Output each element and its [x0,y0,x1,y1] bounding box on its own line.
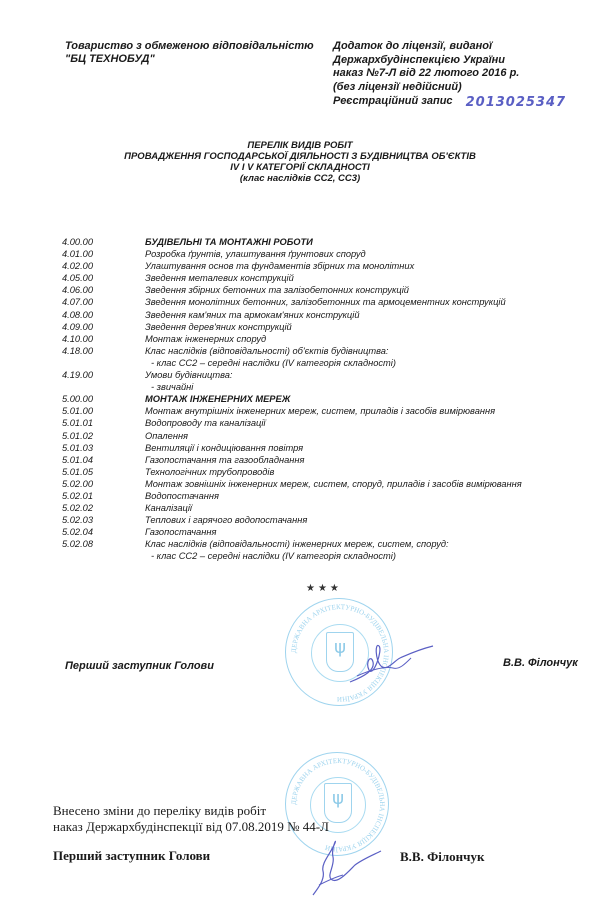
work-code: 4.06.00 [62,284,145,296]
license-line-1: Додаток до ліцензії, виданої [333,40,566,54]
license-line-4: (без ліцензії недійсний) [333,81,566,95]
work-item-row: 5.01.01Водопроводу та каналізації [62,417,582,429]
work-code [62,550,145,562]
work-item-row: 4.18.00Клас наслідків (відповідальності)… [62,345,582,357]
work-code [62,381,145,393]
work-item-row: 4.08.00Зведення кам'яних та армокам'яних… [62,309,582,321]
work-description: Зведення металевих конструкцій [145,272,582,284]
work-code: 5.01.04 [62,454,145,466]
work-description: Розробка ґрунтів, улаштування ґрунтових … [145,248,582,260]
title-line-2: ПРОВАДЖЕННЯ ГОСПОДАРСЬКОЇ ДІЯЛЬНОСТІ З Б… [0,151,600,162]
work-item-row: 4.06.00Зведення збірних бетонних та залі… [62,284,582,296]
work-description: - клас СС2 – середні наслідки (IV катего… [145,357,582,369]
signatory-position-1: Перший заступник Голови [65,660,214,672]
work-code: 4.08.00 [62,309,145,321]
license-info: Додаток до ліцензії, виданої Держархбуді… [333,40,566,109]
work-description: Газопостачання [145,526,582,538]
license-line-3: наказ №7-Л від 22 лютого 2016 р. [333,67,566,81]
stars-decoration: ★★★ [306,583,342,594]
title-line-4: (клас наслідків СС2, СС3) [0,173,600,184]
work-code: 5.01.01 [62,417,145,429]
handwritten-signature-1 [345,640,435,690]
work-item-row: 5.01.02Опалення [62,430,582,442]
work-item-row: - клас СС2 – середні наслідки (IV катего… [62,550,582,562]
work-item-row: 4.09.00Зведення дерев'яних конструкцій [62,321,582,333]
title-line-1: ПЕРЕЛІК ВИДІВ РОБІТ [0,140,600,151]
work-code: 5.02.00 [62,478,145,490]
registration-number-handwritten: 2013025347 [466,95,566,110]
work-description: - звичайні [145,381,582,393]
work-code: 5.02.08 [62,538,145,550]
handwritten-signature-2 [305,835,385,900]
company-name: Товариство з обмеженою відповідальністю … [65,40,314,66]
work-item-row: 4.01.00Розробка ґрунтів, улаштування ґру… [62,248,582,260]
work-item-row: 5.01.03Вентиляції і кондиціювання повітр… [62,442,582,454]
company-line-1: Товариство з обмеженою відповідальністю [65,40,314,53]
work-item-row: 4.07.00Зведення монолітних бетонних, зал… [62,296,582,308]
work-item-row: 4.05.00Зведення металевих конструкцій [62,272,582,284]
work-item-row: 5.01.00Монтаж внутрішніх інженерних мере… [62,405,582,417]
work-item-row: 5.02.00Монтаж зовнішніх інженерних мереж… [62,478,582,490]
work-description: Водопостачання [145,490,582,502]
license-line-2: Держархбудінспекцією України [333,54,566,68]
registration-row: Реєстраційний запис 2013025347 [333,94,566,109]
work-code: 5.01.00 [62,405,145,417]
work-code: 4.07.00 [62,296,145,308]
company-line-2: "БЦ ТЕХНОБУД" [65,53,314,66]
work-item-row: 5.02.02Каналізації [62,502,582,514]
work-item-row: - звичайні [62,381,582,393]
work-description: Технологічних трубопроводів [145,466,582,478]
work-description: Опалення [145,430,582,442]
work-description: Зведення монолітних бетонних, залізобето… [145,296,582,308]
work-code: 5.01.03 [62,442,145,454]
work-item-row: 5.01.05Технологічних трубопроводів [62,466,582,478]
work-description: Газопостачання та газообладнання [145,454,582,466]
work-code: 4.19.00 [62,369,145,381]
work-code: 4.05.00 [62,272,145,284]
work-code: 5.02.04 [62,526,145,538]
work-item-row: 5.02.08Клас наслідків (відповідальності)… [62,538,582,550]
work-code: 5.01.05 [62,466,145,478]
work-description: Каналізації [145,502,582,514]
work-description: - клас СС2 – середні наслідки (IV катего… [145,550,582,562]
work-item-row: - клас СС2 – середні наслідки (IV катего… [62,357,582,369]
work-code: 4.02.00 [62,260,145,272]
work-description: Вентиляції і кондиціювання повітря [145,442,582,454]
works-list: 4.00.00БУДІВЕЛЬНІ ТА МОНТАЖНІ РОБОТИ4.01… [62,236,582,563]
work-item-row: 5.00.00МОНТАЖ ІНЖЕНЕРНИХ МЕРЕЖ [62,393,582,405]
work-description: Монтаж внутрішніх інженерних мереж, сист… [145,405,582,417]
amendment-line-1: Внесено зміни до переліку видів робіт [53,803,329,819]
work-description: Зведення дерев'яних конструкцій [145,321,582,333]
document-title: ПЕРЕЛІК ВИДІВ РОБІТ ПРОВАДЖЕННЯ ГОСПОДАР… [0,140,600,184]
amendment-note: Внесено зміни до переліку видів робіт на… [53,803,329,835]
work-item-row: 5.02.03Теплових і гарячого водопостачанн… [62,514,582,526]
work-item-row: 5.02.01Водопостачання [62,490,582,502]
work-code: 4.18.00 [62,345,145,357]
work-description: Умови будівництва: [145,369,582,381]
work-description: Улаштування основ та фундаментів збірних… [145,260,582,272]
work-code [62,357,145,369]
work-item-row: 5.02.04Газопостачання [62,526,582,538]
signatory-name-2: В.В. Філончук [400,849,484,865]
work-code: 4.10.00 [62,333,145,345]
work-code: 4.01.00 [62,248,145,260]
work-code: 4.00.00 [62,236,145,248]
work-code: 5.02.02 [62,502,145,514]
work-code: 5.00.00 [62,393,145,405]
work-description: Зведення збірних бетонних та залізобетон… [145,284,582,296]
work-code: 5.01.02 [62,430,145,442]
work-description: Водопроводу та каналізації [145,417,582,429]
work-description: Теплових і гарячого водопостачання [145,514,582,526]
work-description: Зведення кам'яних та армокам'яних констр… [145,309,582,321]
work-description: БУДІВЕЛЬНІ ТА МОНТАЖНІ РОБОТИ [145,236,582,248]
signatory-position-2: Перший заступник Голови [53,848,210,864]
signatory-name-1: В.В. Філончук [503,657,578,669]
work-item-row: 4.02.00Улаштування основ та фундаментів … [62,260,582,272]
work-description: Клас наслідків (відповідальності) об'єкт… [145,345,582,357]
work-description: Монтаж зовнішніх інженерних мереж, систе… [145,478,582,490]
work-code: 5.02.01 [62,490,145,502]
amendment-line-2: наказ Держархбудінспекції від 07.08.2019… [53,819,329,835]
title-line-3: IV І V КАТЕГОРІЇ СКЛАДНОСТІ [0,162,600,173]
registration-label: Реєстраційний запис [333,95,453,107]
work-code: 4.09.00 [62,321,145,333]
work-item-row: 4.00.00БУДІВЕЛЬНІ ТА МОНТАЖНІ РОБОТИ [62,236,582,248]
work-code: 5.02.03 [62,514,145,526]
work-item-row: 5.01.04Газопостачання та газообладнання [62,454,582,466]
work-item-row: 4.19.00Умови будівництва: [62,369,582,381]
work-item-row: 4.10.00Монтаж інженерних споруд [62,333,582,345]
work-description: Монтаж інженерних споруд [145,333,582,345]
work-description: Клас наслідків (відповідальності) інжене… [145,538,582,550]
work-description: МОНТАЖ ІНЖЕНЕРНИХ МЕРЕЖ [145,393,582,405]
